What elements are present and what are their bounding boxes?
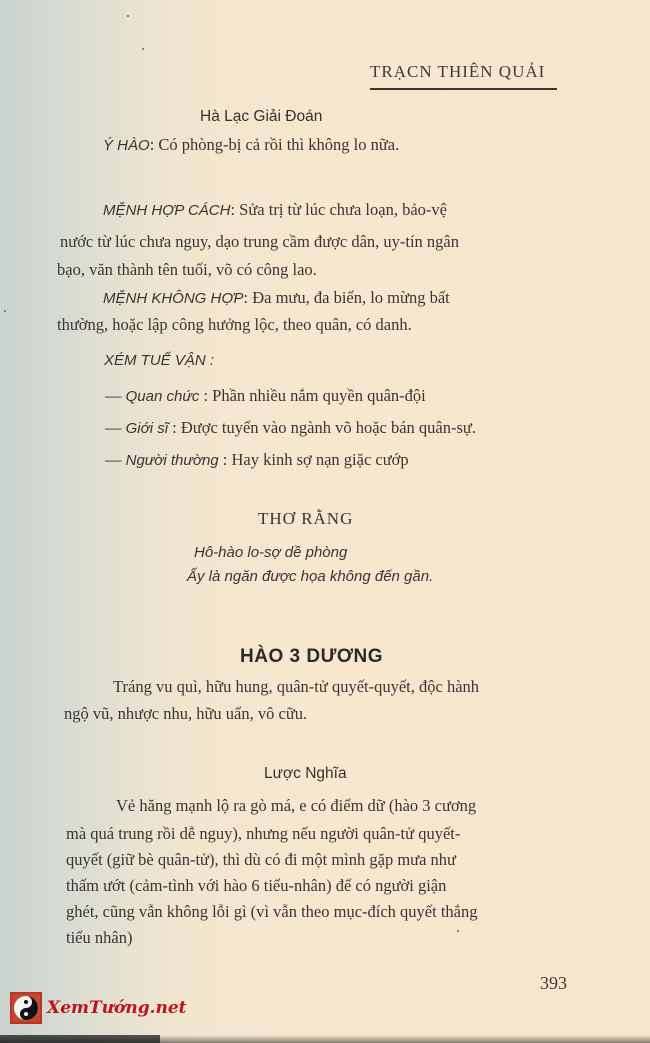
menh-hop-label: MỆNH HỢP CÁCH [103,202,230,219]
dash: — [105,386,122,405]
menh-hop-line-1: MỆNH HỢP CÁCH: Sửa trị từ lúc chưa loạn,… [103,200,447,220]
luoc-nghia-line-6: tiểu nhân) [66,928,132,948]
luoc-nghia-title: Lược Nghĩa [264,765,347,783]
paper-speck [4,310,6,312]
menh-hop-line-2: nước từ lúc chưa nguy, dạo trung cầm đượ… [60,232,459,252]
section-title: Hà Lạc Giải Đoán [200,108,322,126]
poem-line-1: Hô-hào lo-sợ dề phòng [194,544,347,561]
item-text: : Được tuyển vào ngành võ hoặc bán quân-… [172,418,476,437]
dash: — [105,418,122,437]
menh-hop-line-3: bạo, văn thành tên tuổi, võ có công lao. [57,260,317,280]
list-item-gioi-si: — Giới sĩ : Được tuyển vào ngành võ hoặc… [105,418,476,438]
item-text: : Hay kinh sợ nạn giặc cướp [223,450,409,469]
poem-title: THƠ RẰNG [258,509,353,529]
luoc-nghia-line-4: thấm ướt (cảm-tình với hào 6 tiểu-nhân) … [66,876,446,896]
watermark-text: XemTướng.net [47,998,187,1018]
hao-3-line-1: Tráng vu quì, hữu hung, quân-tử quyết-qu… [113,677,479,697]
menh-hop-text: : Sửa trị từ lúc chưa loạn, bảo-vệ [230,200,447,219]
paper-speck [127,15,129,17]
hao-3-duong-heading: HÀO 3 DƯƠNG [240,646,383,668]
item-label: Người thường [126,452,219,469]
luoc-nghia-line-5: ghét, cũng vẫn không lỗi gì (vì vẫn theo… [66,902,478,922]
menh-khong-label: MỆNH KHÔNG HỢP [103,290,244,307]
y-hao-line: Ý HÀO: Có phòng-bị cả rồi thì không lo n… [103,135,399,155]
running-head-rule [370,88,557,90]
luoc-nghia-line-1: Vẻ hăng mạnh lộ ra gò má, e có điểm dữ (… [116,796,476,816]
luoc-nghia-line-2: mà quá trung rồi dễ nguy), nhưng nếu ngư… [66,824,460,844]
poem-line-2: Ấy là ngăn được họa không đến gần. [187,568,433,585]
list-item-nguoi-thuong: — Người thường : Hay kinh sợ nạn giặc cư… [105,450,409,470]
paper-speck [142,48,144,50]
running-head: TRẠCN THIÊN QUẢI [370,62,545,82]
y-hao-label: Ý HÀO [103,137,150,154]
item-label: Quan chức [126,388,200,405]
menh-khong-text: : Đa mưu, đa biến, lo mừng bất [244,288,450,307]
item-text: : Phần nhiều nắm quyền quân-đội [203,386,425,405]
page-number: 393 [540,973,567,994]
hao-3-line-2: ngộ vũ, nhược nhu, hữu uẩn, vô cữu. [64,704,307,724]
y-hao-text: : Có phòng-bị cả rồi thì không lo nữa. [150,135,400,154]
page-bottom-edge [0,1035,650,1043]
watermark: XemTướng.net [10,992,187,1024]
dash: — [105,450,122,469]
xem-tue-van-heading: XÉM TUẾ VẬN : [104,352,214,369]
book-page: TRẠCN THIÊN QUẢI Hà Lạc Giải Đoán Ý HÀO:… [0,0,650,1043]
menh-khong-line-2: thường, hoặc lập công hưởng lộc, theo qu… [57,315,412,335]
yin-yang-icon [10,992,42,1024]
list-item-quan-chuc: — Quan chức : Phần nhiều nắm quyền quân-… [105,386,426,406]
menh-khong-line-1: MỆNH KHÔNG HỢP: Đa mưu, đa biến, lo mừng… [103,288,450,308]
paper-speck [457,930,459,932]
luoc-nghia-line-3: quyết (giữ bè quân-tử), thì dù có đi một… [66,850,456,870]
item-label: Giới sĩ [126,420,168,437]
